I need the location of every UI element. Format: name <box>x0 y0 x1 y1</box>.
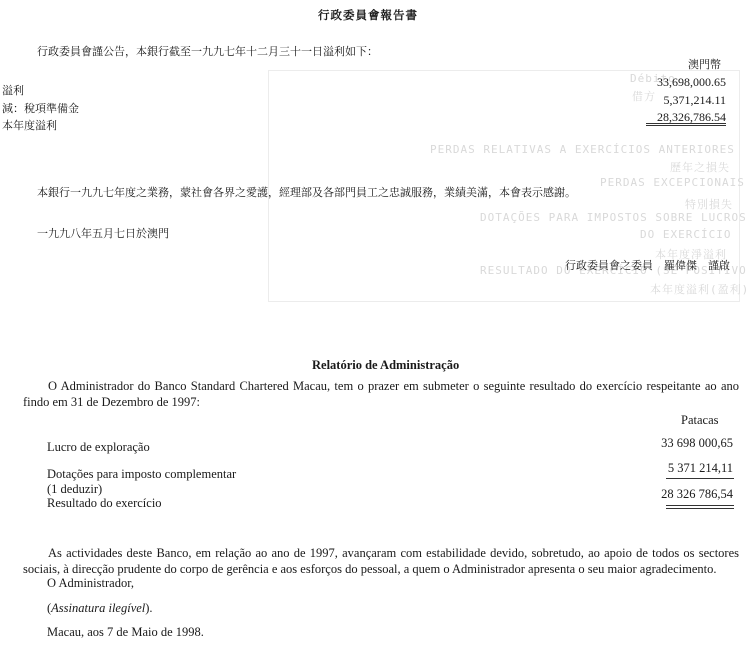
chinese-row-value: 5,371,214.11 <box>586 93 726 108</box>
bleed-through-text: PERDAS EXCEPCIONAIS <box>600 176 745 189</box>
bleed-through-text: DO EXERCÍCIO <box>640 228 731 241</box>
chinese-row-label: 減：稅項準備金 <box>2 100 79 116</box>
chinese-currency-label: 澳門幣 <box>688 56 721 72</box>
signature-italic: Assinatura ilegível <box>51 601 145 615</box>
chinese-thanks: 本銀行一九九七年度之業務，蒙社會各界之愛護，經理部及各部門員工之忠誠服務，業績美… <box>37 184 576 200</box>
portuguese-subtotal-rule <box>666 478 734 479</box>
bleed-through-text: PERDAS RELATIVAS A EXERCÍCIOS ANTERIORES <box>430 143 735 156</box>
chinese-total-rule <box>646 125 726 126</box>
bleed-through-text: DOTAÇÕES PARA IMPOSTOS SOBRE LUCROS <box>480 211 746 224</box>
portuguese-row-label: Dotações para imposto complementar <box>47 467 236 482</box>
chinese-row-label: 本年度溢利 <box>2 117 57 133</box>
portuguese-date-place: Macau, aos 7 de Maio de 1998. <box>47 625 204 640</box>
portuguese-currency-label: Patacas <box>681 413 718 428</box>
signature-close: ). <box>145 601 152 615</box>
portuguese-row-value: 5 371 214,11 <box>593 461 733 476</box>
portuguese-row-value: 28 326 786,54 <box>593 487 733 502</box>
chinese-row-value: 33,698,000.65 <box>586 75 726 90</box>
portuguese-intro: O Administrador do Banco Standard Charte… <box>23 378 739 410</box>
portuguese-total-rule <box>666 508 734 509</box>
chinese-date-place: 一九九八年五月七日於澳門 <box>37 225 169 241</box>
chinese-total-rule <box>646 123 726 124</box>
portuguese-activities: As actividades deste Banco, em relação a… <box>23 545 739 577</box>
portuguese-total-rule <box>666 505 734 506</box>
chinese-row-label: 溢利 <box>2 82 24 98</box>
chinese-signature: 行政委員會之委員 羅偉傑 謹啟 <box>565 257 730 273</box>
bleed-through-text: 特別損失 <box>685 196 733 212</box>
chinese-intro: 行政委員會謹公告，本銀行截至一九九七年十二月三十一日溢利如下： <box>37 43 378 59</box>
portuguese-row-label: Resultado do exercício <box>47 496 162 511</box>
bleed-through-text: 本年度溢利(盈利) <box>650 281 746 297</box>
bleed-through-text: 歷年之損失 <box>670 159 730 175</box>
portuguese-row-value: 33 698 000,65 <box>593 436 733 451</box>
portuguese-signature: (Assinatura ilegível). <box>47 601 153 616</box>
chinese-report-title: 行政委員會報告書 <box>318 7 418 23</box>
portuguese-row-label: Lucro de exploração <box>47 440 150 455</box>
portuguese-signoff: O Administrador, <box>47 576 134 591</box>
portuguese-report-title: Relatório de Administração <box>312 358 459 373</box>
portuguese-row-label-note: (1 deduzir) <box>47 482 102 497</box>
